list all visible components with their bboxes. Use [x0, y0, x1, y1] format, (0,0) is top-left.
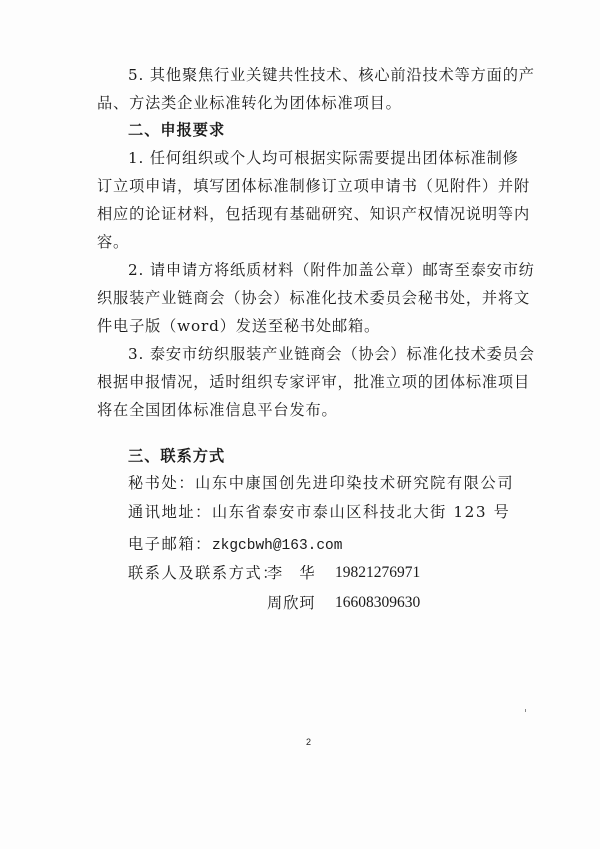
requirement-1-line-1: 1. 任何组织或个人均可根据实际需要提出团体标准制修 — [128, 148, 538, 168]
contacts-label: 联系人及联系方式： — [128, 563, 538, 583]
email-row: 电子邮箱：zkgcbwh@163.com — [128, 534, 538, 554]
secretariat-value: 山东中康国创先进印染技术研究院有限公司 — [195, 474, 514, 492]
address-value: 山东省泰安市泰山区科技北大街 123 号 — [212, 503, 510, 521]
page-number: 2 — [306, 737, 311, 747]
requirement-2-line-3: 件电子版（word）发送至秘书处邮箱。 — [97, 316, 507, 336]
contact-phone-2: 16608309630 — [335, 593, 420, 613]
address-row: 通讯地址：山东省泰安市泰山区科技北大街 123 号 — [128, 502, 538, 522]
scan-artifact — [525, 709, 526, 712]
paragraph-5-line-1: 5. 其他聚焦行业关键共性技术、核心前沿技术等方面的产 — [128, 65, 538, 85]
requirement-2-line-1: 2. 请申请方将纸质材料（附件加盖公章）邮寄至泰安市纺 — [128, 260, 538, 280]
requirement-1-line-4: 容。 — [97, 232, 507, 252]
requirement-3-line-3: 将在全国团体标准信息平台发布。 — [97, 400, 507, 420]
email-label: 电子邮箱： — [128, 535, 212, 553]
secretariat-label: 秘书处： — [128, 474, 195, 492]
requirement-3-line-2: 根据申报情况，适时组织专家评审，批准立项的团体标准项目 — [97, 372, 507, 392]
contact-name-2: 周欣珂 — [267, 593, 316, 613]
section-heading-requirements: 二、申报要求 — [128, 120, 538, 140]
contact-name-1: 李 华 — [267, 563, 316, 583]
section-heading-contact: 三、联系方式 — [128, 446, 538, 466]
requirement-1-line-3: 相应的论证材料，包括现有基础研究、知识产权情况说明等内 — [97, 204, 507, 224]
requirement-2-line-2: 织服装产业链商会（协会）标准化技术委员会秘书处，并将文 — [97, 288, 507, 308]
address-label: 通讯地址： — [128, 503, 212, 521]
document-page: 5. 其他聚焦行业关键共性技术、核心前沿技术等方面的产 品、方法类企业标准转化为… — [0, 0, 600, 849]
secretariat-row: 秘书处：山东中康国创先进印染技术研究院有限公司 — [128, 473, 538, 493]
contact-phone-1: 19821276971 — [335, 563, 420, 583]
requirement-1-line-2: 订立项申请，填写团体标准制修订立项申请书（见附件）并附 — [97, 176, 507, 196]
paragraph-5-line-2: 品、方法类企业标准转化为团体标准项目。 — [97, 93, 507, 113]
email-value[interactable]: zkgcbwh@163.com — [212, 538, 343, 554]
requirement-3-line-1: 3. 泰安市纺织服装产业链商会（协会）标准化技术委员会 — [128, 344, 538, 364]
